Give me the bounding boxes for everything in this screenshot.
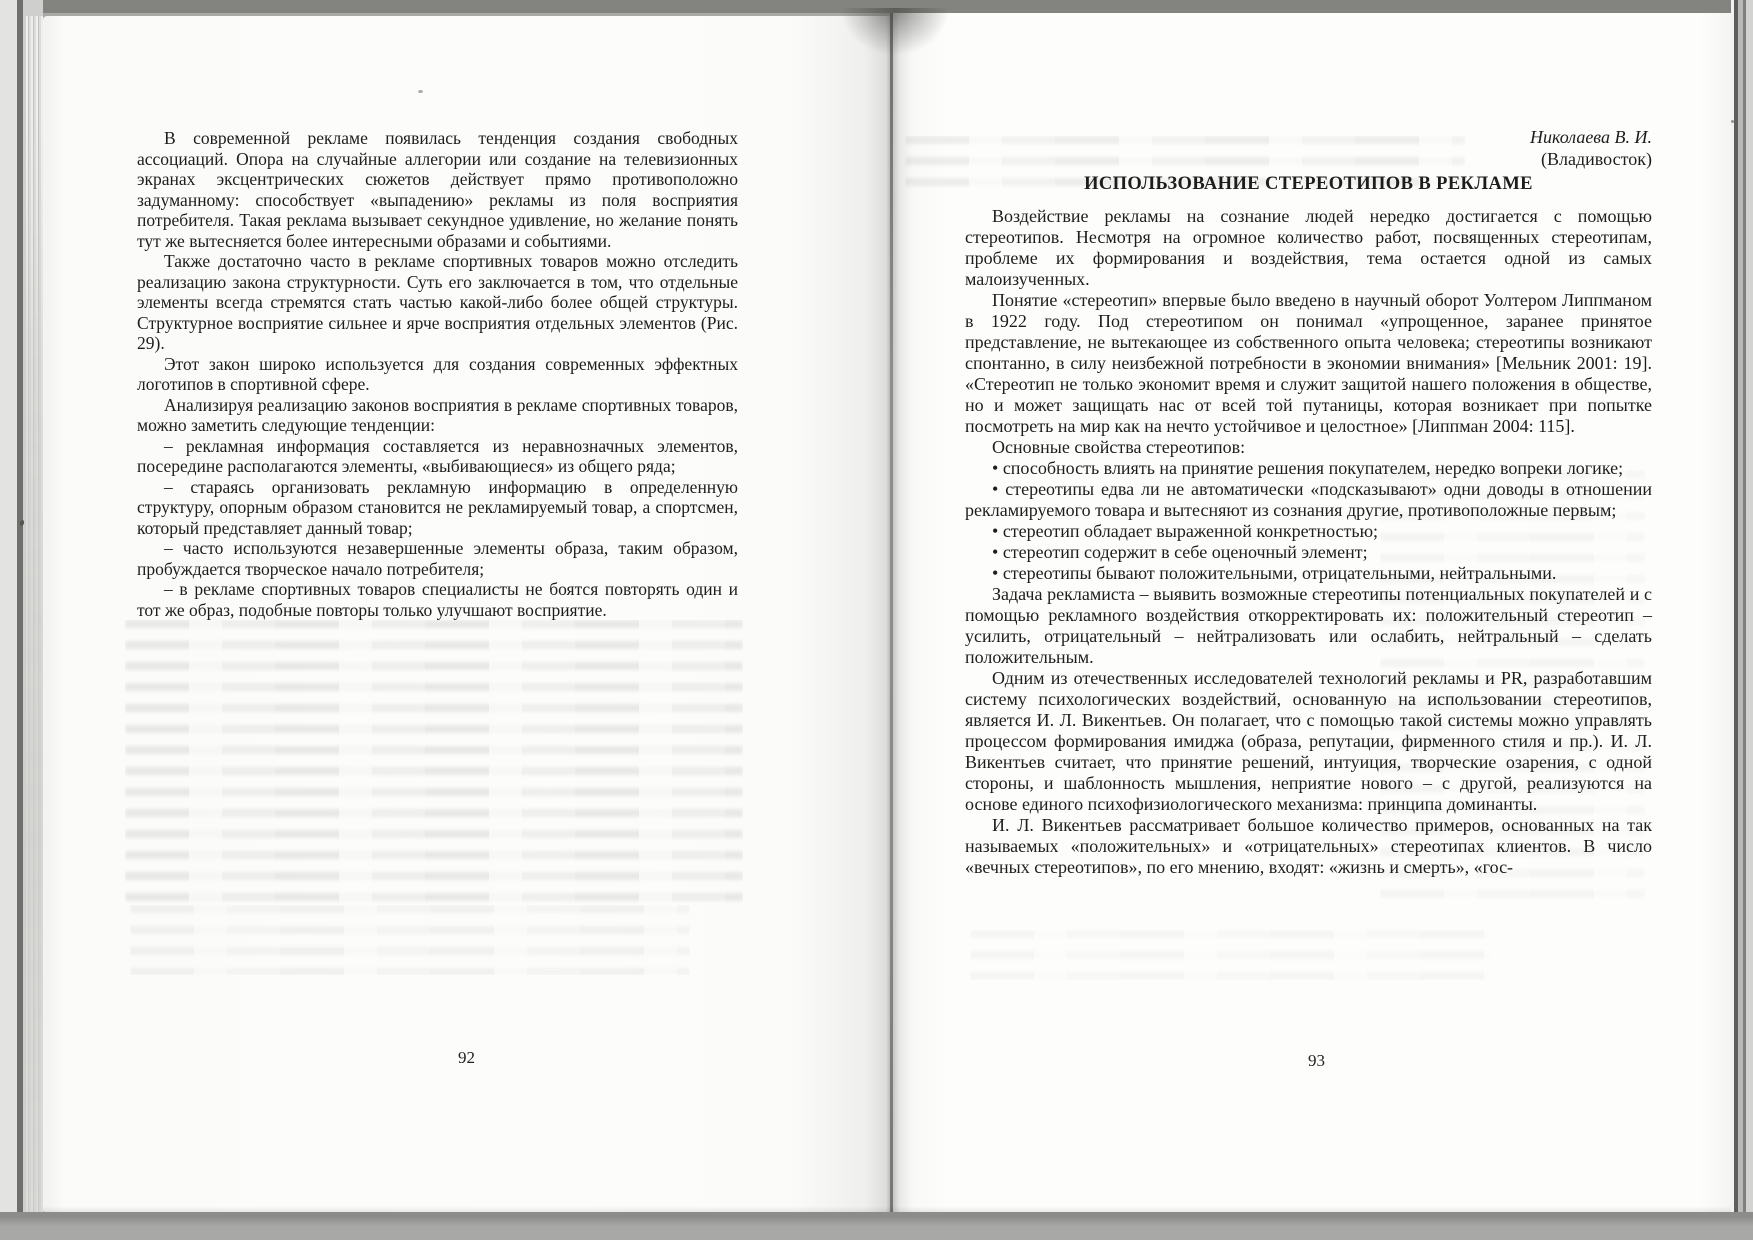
left-page-text: В современной рекламе появилась тенденци… — [137, 128, 738, 620]
book-spine-gutter — [890, 13, 893, 1225]
list-item: – часто используются незавершенные элеме… — [137, 538, 738, 579]
list-item: – стараясь организовать рекламную информ… — [137, 477, 738, 539]
right-page-text: Николаева В. И. (Владивосток) ИСПОЛЬЗОВА… — [965, 126, 1652, 878]
article-title: ИСПОЛЬЗОВАНИЕ СТЕРЕОТИПОВ В РЕКЛАМЕ — [965, 173, 1652, 195]
list-marker: • — [992, 563, 1003, 583]
page-fore-edge — [1731, 0, 1753, 1240]
list-item: • стереотип содержит в себе оценочный эл… — [965, 542, 1652, 563]
scan-speck — [1731, 120, 1734, 123]
scanner-background-bottom — [0, 1212, 1753, 1240]
list-marker: • — [992, 458, 1003, 478]
spine-top-shadow — [840, 8, 950, 56]
list-item: • стереотипы бывают положительными, отри… — [965, 563, 1652, 584]
list-marker: • — [992, 542, 1003, 562]
list-marker: • — [992, 479, 1005, 499]
list-item: • способность влиять на принятие решения… — [965, 458, 1652, 479]
page-number-left: 92 — [458, 1048, 475, 1068]
paragraph: Также достаточно часто в рекламе спортив… — [137, 251, 738, 354]
paragraph: В современной рекламе появилась тенденци… — [137, 128, 738, 251]
bleed-through-texture — [125, 620, 743, 908]
paragraph: Воздействие рекламы на сознание людей не… — [965, 206, 1652, 290]
list-item: • стереотипы едва ли не автоматически «п… — [965, 479, 1652, 521]
list-item: – рекламная информация составляется из н… — [137, 436, 738, 477]
scanned-book-spread: В современной рекламе появилась тенденци… — [0, 0, 1753, 1240]
list-item: • стереотип обладает выраженной конкретн… — [965, 521, 1652, 542]
paragraph: Основные свойства стереотипов: — [965, 437, 1652, 458]
paragraph: Понятие «стереотип» впервые было введено… — [965, 290, 1652, 437]
page-number-right: 93 — [1308, 1051, 1325, 1071]
paragraph: Анализируя реализацию законов восприятия… — [137, 395, 738, 436]
paragraph: Одним из отечественных исследователей те… — [965, 668, 1652, 815]
scan-speck — [418, 90, 423, 93]
paragraph: Задача рекламиста – выявить возможные ст… — [965, 584, 1652, 668]
list-marker: – — [164, 538, 183, 558]
list-marker: • — [992, 521, 1003, 541]
bleed-through-texture — [970, 930, 1490, 980]
author-name: Николаева В. И. — [965, 126, 1652, 148]
list-marker: – — [164, 436, 186, 456]
author-location: (Владивосток) — [965, 148, 1652, 170]
right-page-body: Воздействие рекламы на сознание людей не… — [965, 206, 1652, 878]
list-item: – в рекламе спортивных товаров специалис… — [137, 579, 738, 620]
bleed-through-texture — [130, 905, 690, 975]
page-stack-edges — [26, 16, 43, 1212]
list-marker: – — [164, 477, 190, 497]
paragraph: И. Л. Викентьев рассматривает большое ко… — [965, 815, 1652, 878]
list-marker: – — [164, 579, 179, 599]
paragraph: Этот закон широко используется для созда… — [137, 354, 738, 395]
